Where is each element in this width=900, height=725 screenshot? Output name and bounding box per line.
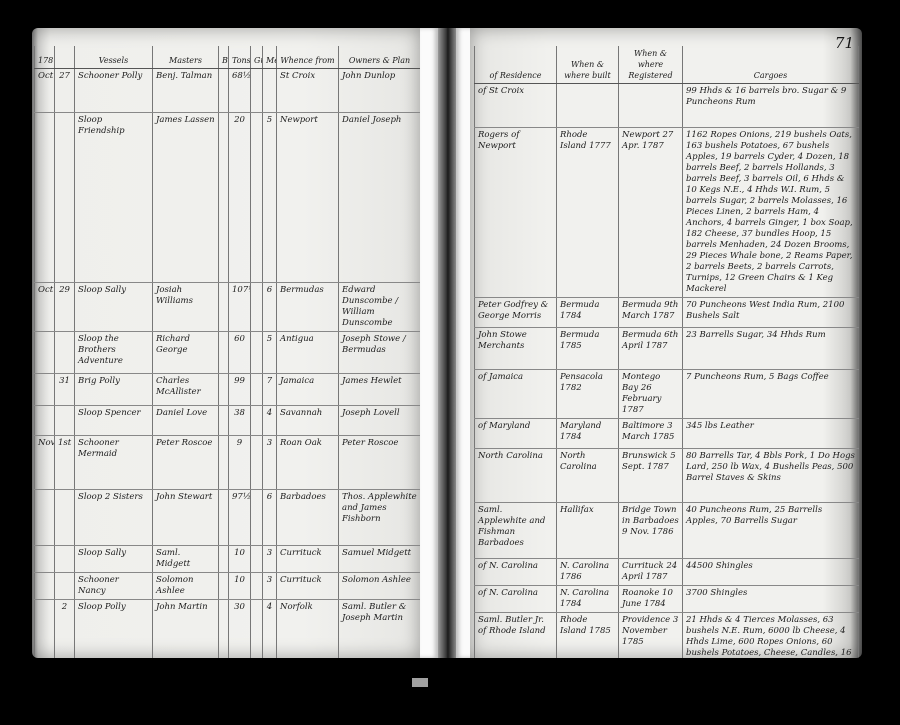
table-row: Saml. Butler Jr. of Rhode IslandRhode Is… (475, 613, 859, 659)
cell-built: North Carolina (557, 449, 619, 503)
cell-built (219, 332, 229, 374)
header-guns: Guns (251, 46, 263, 69)
header-residence: of Residence (475, 46, 557, 84)
table-row: 2Sloop PollyJohn Martin304NorfolkSaml. B… (35, 600, 421, 659)
cell-month (35, 600, 55, 659)
cell-tons: 60 (229, 332, 251, 374)
cell-registered: Montego Bay 26 February 1787 (619, 370, 683, 419)
table-row: Sloop 2 SistersJohn Stewart97½6Barbadoes… (35, 490, 421, 546)
table-row: Oct27Schooner PollyBenj. Talman68½St Cro… (35, 69, 421, 113)
cell-day: 1st (55, 436, 75, 490)
cell-cargo: 345 lbs Leather (683, 419, 859, 449)
cell-men: 6 (263, 283, 277, 332)
cell-tons: 10 (229, 573, 251, 600)
cell-residence: Peter Godfrey & George Morris (475, 298, 557, 328)
cell-men: 3 (263, 436, 277, 490)
cell-whence: Norfolk (277, 600, 339, 659)
cell-master: Benj. Talman (153, 69, 219, 113)
right-ledger-page: 71 of Residence When & where built When … (470, 28, 862, 658)
cell-master: John Martin (153, 600, 219, 659)
cell-vessel: Sloop 2 Sisters (75, 490, 153, 546)
cell-whence: Antigua (277, 332, 339, 374)
cell-built: Hallifax (557, 503, 619, 559)
cell-tons: 99 (229, 374, 251, 406)
cell-vessel: Sloop the Brothers Adventure (75, 332, 153, 374)
table-row: Sloop SallySaml. Midgett103CurrituckSamu… (35, 546, 421, 573)
cell-day: 2 (55, 600, 75, 659)
cell-owners: Thos. Applewhite and James Fishborn (339, 490, 421, 546)
cell-registered: Bermuda 9th March 1787 (619, 298, 683, 328)
header-cargoes: Cargoes (683, 46, 859, 84)
table-row: Peter Godfrey & George MorrisBermuda 178… (475, 298, 859, 328)
cell-whence: Roan Oak (277, 436, 339, 490)
cell-men: 7 (263, 374, 277, 406)
cell-cargo: 70 Puncheons West India Rum, 2100 Bushel… (683, 298, 859, 328)
cell-tons: 10 (229, 546, 251, 573)
cell-registered: Newport 27 Apr. 1787 (619, 128, 683, 298)
cell-owners: Solomon Ashlee (339, 573, 421, 600)
table-row: Sloop FriendshipJames Lassen205NewportDa… (35, 113, 421, 283)
cell-men (263, 69, 277, 113)
cell-owners: Samuel Midgett (339, 546, 421, 573)
cell-guns (251, 374, 263, 406)
cell-men: 4 (263, 600, 277, 659)
cell-month (35, 490, 55, 546)
cell-tons: 38 (229, 406, 251, 436)
cell-built (219, 283, 229, 332)
cell-whence: Currituck (277, 573, 339, 600)
cell-vessel: Schooner Polly (75, 69, 153, 113)
cell-registered (619, 84, 683, 128)
cell-registered: Providence 3 November 1785 (619, 613, 683, 659)
table-row: Nov1stSchooner MermaidPeter Roscoe93Roan… (35, 436, 421, 490)
cell-cargo: 23 Barrells Sugar, 34 Hhds Rum (683, 328, 859, 370)
cell-built (219, 436, 229, 490)
cell-built (219, 600, 229, 659)
header-owners: Owners & Plan (339, 46, 421, 69)
archive-tag (412, 678, 428, 687)
cell-guns (251, 406, 263, 436)
cell-built: Pensacola 1782 (557, 370, 619, 419)
cell-whence: Bermudas (277, 283, 339, 332)
cell-owners: Peter Roscoe (339, 436, 421, 490)
cell-owners: John Dunlop (339, 69, 421, 113)
cell-vessel: Sloop Sally (75, 283, 153, 332)
cell-tons: 107½ (229, 283, 251, 332)
header-whence: Whence from (277, 46, 339, 69)
cell-owners: Edward Dunscombe / William Dunscombe (339, 283, 421, 332)
cell-day (55, 573, 75, 600)
cell-whence: Currituck (277, 546, 339, 573)
cell-vessel: Sloop Friendship (75, 113, 153, 283)
table-row: John Stowe MerchantsBermuda 1785Bermuda … (475, 328, 859, 370)
table-row: of JamaicaPensacola 1782Montego Bay 26 F… (475, 370, 859, 419)
cell-whence: Jamaica (277, 374, 339, 406)
cell-day: 27 (55, 69, 75, 113)
header-vessels: Vessels (75, 46, 153, 69)
cell-registered: Roanoke 10 June 1784 (619, 586, 683, 613)
cell-vessel: Schooner Nancy (75, 573, 153, 600)
cell-guns (251, 600, 263, 659)
cell-owners: Joseph Lovell (339, 406, 421, 436)
cell-vessel: Sloop Sally (75, 546, 153, 573)
cell-built: Bermuda 1785 (557, 328, 619, 370)
cell-registered: Currituck 24 April 1787 (619, 559, 683, 586)
cell-built: N. Carolina 1786 (557, 559, 619, 586)
cell-master: Josiah Williams (153, 283, 219, 332)
cell-registered: Brunswick 5 Sept. 1787 (619, 449, 683, 503)
cell-month (35, 113, 55, 283)
cell-month (35, 406, 55, 436)
table-row: Oct29Sloop SallyJosiah Williams107½6Berm… (35, 283, 421, 332)
cell-built (219, 113, 229, 283)
cell-guns (251, 283, 263, 332)
cell-whence: Newport (277, 113, 339, 283)
cell-residence: Rogers of Newport (475, 128, 557, 298)
cell-master: James Lassen (153, 113, 219, 283)
cell-month: Oct (35, 69, 55, 113)
cell-master: Daniel Love (153, 406, 219, 436)
cell-built: Bermuda 1784 (557, 298, 619, 328)
table-row: of MarylandMaryland 1784Baltimore 3 Marc… (475, 419, 859, 449)
cell-tons: 68½ (229, 69, 251, 113)
cell-day (55, 332, 75, 374)
cell-master: Solomon Ashlee (153, 573, 219, 600)
cell-vessel: Schooner Mermaid (75, 436, 153, 490)
cell-cargo: 80 Barrells Tar, 4 Bbls Pork, 1 Do Hogs … (683, 449, 859, 503)
left-ledger-page: 1787 Vessels Masters Built Tons Guns Men… (32, 28, 420, 658)
cell-owners: Saml. Butler & Joseph Martin (339, 600, 421, 659)
cell-month (35, 546, 55, 573)
cell-residence: Saml. Applewhite and Fishman Barbadoes (475, 503, 557, 559)
cell-whence: Savannah (277, 406, 339, 436)
cell-built (219, 573, 229, 600)
cell-cargo: 44500 Shingles (683, 559, 859, 586)
cell-built (219, 69, 229, 113)
cell-men: 6 (263, 490, 277, 546)
header-built: Built (219, 46, 229, 69)
vessel-register-table: 1787 Vessels Masters Built Tons Guns Men… (34, 46, 420, 658)
cell-guns (251, 573, 263, 600)
cell-registered: Baltimore 3 March 1785 (619, 419, 683, 449)
cell-residence: North Carolina (475, 449, 557, 503)
cell-whence: St Croix (277, 69, 339, 113)
cell-month (35, 573, 55, 600)
cell-men: 5 (263, 332, 277, 374)
cell-residence: of N. Carolina (475, 586, 557, 613)
cell-guns (251, 436, 263, 490)
page-edge-left (420, 28, 438, 658)
table-row: of St Croix99 Hhds & 16 barrels bro. Sug… (475, 84, 859, 128)
table-row: Saml. Applewhite and Fishman BarbadoesHa… (475, 503, 859, 559)
cell-vessel: Brig Polly (75, 374, 153, 406)
cell-men: 3 (263, 573, 277, 600)
cell-built (219, 546, 229, 573)
cell-built (219, 490, 229, 546)
table-row: Schooner NancySolomon Ashlee103Currituck… (35, 573, 421, 600)
cell-tons: 9 (229, 436, 251, 490)
table-row: 31Brig PollyCharles McAllister997Jamaica… (35, 374, 421, 406)
cell-tons: 20 (229, 113, 251, 283)
cell-residence: of Jamaica (475, 370, 557, 419)
cell-day (55, 546, 75, 573)
cargo-register-table: of Residence When & where built When & w… (474, 46, 859, 658)
cell-guns (251, 546, 263, 573)
cell-built: Rhode Island 1785 (557, 613, 619, 659)
table-row: of N. CarolinaN. Carolina 1786Currituck … (475, 559, 859, 586)
cell-owners: James Hewlet (339, 374, 421, 406)
cell-residence: of Maryland (475, 419, 557, 449)
cell-tons: 97½ (229, 490, 251, 546)
cell-residence: Saml. Butler Jr. of Rhode Island (475, 613, 557, 659)
cell-master: John Stewart (153, 490, 219, 546)
cell-built (557, 84, 619, 128)
table-row: Sloop SpencerDaniel Love384SavannahJosep… (35, 406, 421, 436)
table-row: Rogers of NewportRhode Island 1777Newpor… (475, 128, 859, 298)
cell-built (219, 374, 229, 406)
cell-built (219, 406, 229, 436)
table-row: of N. CarolinaN. Carolina 1784Roanoke 10… (475, 586, 859, 613)
cell-registered: Bermuda 6th April 1787 (619, 328, 683, 370)
cell-day (55, 490, 75, 546)
cell-month: Oct (35, 283, 55, 332)
cell-cargo: 3700 Shingles (683, 586, 859, 613)
cell-cargo: 40 Puncheons Rum, 25 Barrells Apples, 70… (683, 503, 859, 559)
header-men: Men (263, 46, 277, 69)
cell-cargo: 1162 Ropes Onions, 219 bushels Oats, 163… (683, 128, 859, 298)
cell-cargo: 7 Puncheons Rum, 5 Bags Coffee (683, 370, 859, 419)
cell-built: Maryland 1784 (557, 419, 619, 449)
cell-master: Charles McAllister (153, 374, 219, 406)
cell-owners: Daniel Joseph (339, 113, 421, 283)
cell-built: Rhode Island 1777 (557, 128, 619, 298)
table-row: Sloop the Brothers AdventureRichard Geor… (35, 332, 421, 374)
cell-guns (251, 69, 263, 113)
cell-residence: of N. Carolina (475, 559, 557, 586)
header-masters: Masters (153, 46, 219, 69)
cell-day (55, 113, 75, 283)
cell-master: Peter Roscoe (153, 436, 219, 490)
cell-month (35, 332, 55, 374)
header-year: 1787 (35, 46, 55, 69)
cell-month: Nov (35, 436, 55, 490)
cell-owners: Joseph Stowe / Bermudas (339, 332, 421, 374)
header-tons: Tons (229, 46, 251, 69)
cell-guns (251, 490, 263, 546)
cell-cargo: 99 Hhds & 16 barrels bro. Sugar & 9 Punc… (683, 84, 859, 128)
cell-residence: of St Croix (475, 84, 557, 128)
cell-men: 5 (263, 113, 277, 283)
cell-whence: Barbadoes (277, 490, 339, 546)
cell-built: N. Carolina 1784 (557, 586, 619, 613)
cell-residence: John Stowe Merchants (475, 328, 557, 370)
cell-men: 4 (263, 406, 277, 436)
cell-vessel: Sloop Spencer (75, 406, 153, 436)
cell-month (35, 374, 55, 406)
cell-vessel: Sloop Polly (75, 600, 153, 659)
cell-guns (251, 332, 263, 374)
header-day (55, 46, 75, 69)
cell-day: 31 (55, 374, 75, 406)
cell-day (55, 406, 75, 436)
cell-cargo: 21 Hhds & 4 Tierces Molasses, 63 bushels… (683, 613, 859, 659)
cell-day: 29 (55, 283, 75, 332)
cell-master: Richard George (153, 332, 219, 374)
cell-master: Saml. Midgett (153, 546, 219, 573)
cell-tons: 30 (229, 600, 251, 659)
header-built-where: When & where built (557, 46, 619, 84)
cell-registered: Bridge Town in Barbadoes 9 Nov. 1786 (619, 503, 683, 559)
cell-men: 3 (263, 546, 277, 573)
cell-guns (251, 113, 263, 283)
header-registered: When & where Registered (619, 46, 683, 84)
book-binding (438, 28, 456, 658)
table-row: North CarolinaNorth CarolinaBrunswick 5 … (475, 449, 859, 503)
